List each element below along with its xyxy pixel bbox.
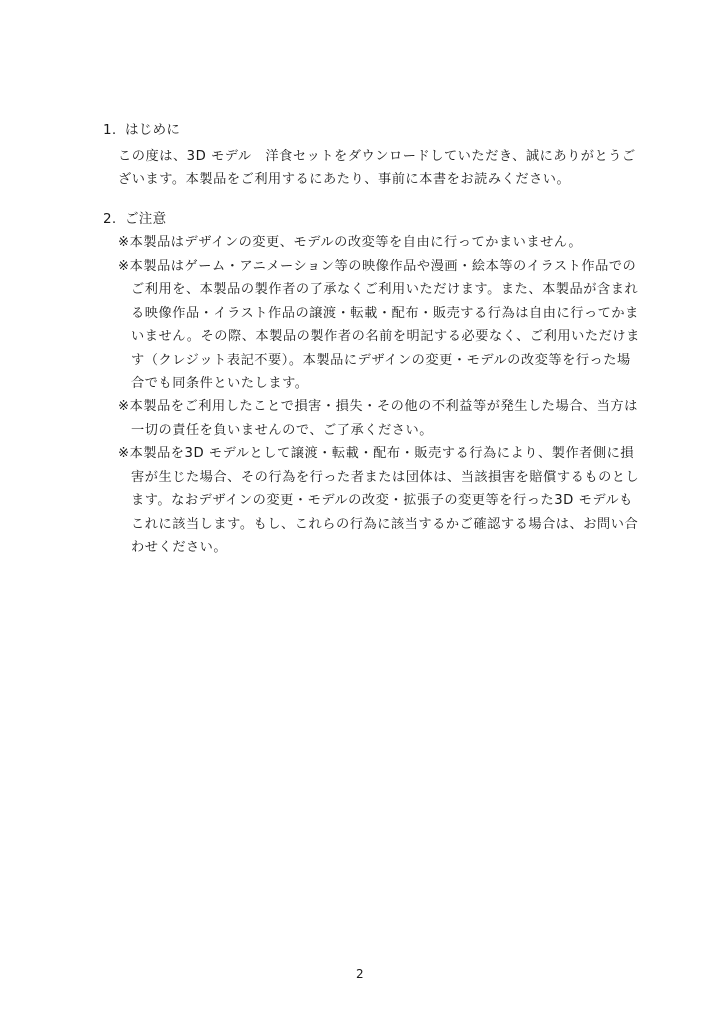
note-2-line-4: いません。その際、本製品の製作者の名前を明記する必要なく、ご利用いただけま bbox=[131, 328, 640, 346]
note-3-line-1: ※本製品をご利用したことで損害・損失・その他の不利益等が発生した場合、当方は bbox=[118, 398, 638, 416]
note-2-line-3: る映像作品・イラスト作品の譲渡・転載・配布・販売する行為は自由に行ってかま bbox=[131, 305, 639, 323]
note-2-line-1: ※本製品はゲーム・アニメーション等の映像作品や漫画・絵本等のイラスト作品での bbox=[118, 258, 636, 276]
note-4-line-4: これに該当します。もし、これらの行為に該当するかご確認する場合は、お問い合 bbox=[131, 516, 638, 534]
note-2-line-2: ご利用を、本製品の製作者の了承なくご利用いただけます。また、本製品が含まれ bbox=[131, 281, 638, 299]
section-2-heading: 2.ご注意 bbox=[103, 210, 166, 228]
section-1-heading: 1.はじめに bbox=[103, 121, 180, 139]
note-4-line-3: ます。なおデザインの変更・モデルの改変・拡張子の変更等を行った3D モデルも bbox=[131, 492, 633, 510]
page-number: 2 bbox=[356, 967, 364, 981]
note-1-line-1: ※本製品はデザインの変更、モデルの改変等を自由に行ってかまいません。 bbox=[118, 234, 582, 252]
note-2-line-5: す（クレジット表記不要）。本製品にデザインの変更・モデルの改変等を行った場 bbox=[131, 352, 631, 370]
section-1-line-1: この度は、3D モデル 洋食セットをダウンロードしていただき、誠にありがとうご bbox=[118, 148, 636, 166]
note-4-line-2: 害が生じた場合、その行為を行った者または団体は、当該損害を賠償するものとし bbox=[131, 469, 639, 487]
section-2-title: ご注意 bbox=[125, 211, 166, 227]
note-4-line-5: わせください。 bbox=[131, 539, 227, 557]
section-2-number: 2. bbox=[103, 210, 125, 228]
section-1-title: はじめに bbox=[125, 122, 180, 138]
note-2-line-6: 合でも同条件といたします。 bbox=[131, 375, 309, 393]
document-page: 1.はじめに この度は、3D モデル 洋食セットをダウンロードしていただき、誠に… bbox=[0, 0, 724, 1024]
note-3-line-2: 一切の責任を負いませんので、ご了承ください。 bbox=[131, 422, 433, 440]
note-4-line-1: ※本製品を3D モデルとして譲渡・転載・配布・販売する行為により、製作者側に損 bbox=[118, 445, 634, 463]
section-1-number: 1. bbox=[103, 121, 125, 139]
section-1-line-2: ざいます。本製品をご利用するにあたり、事前に本書をお読みください。 bbox=[118, 171, 570, 189]
